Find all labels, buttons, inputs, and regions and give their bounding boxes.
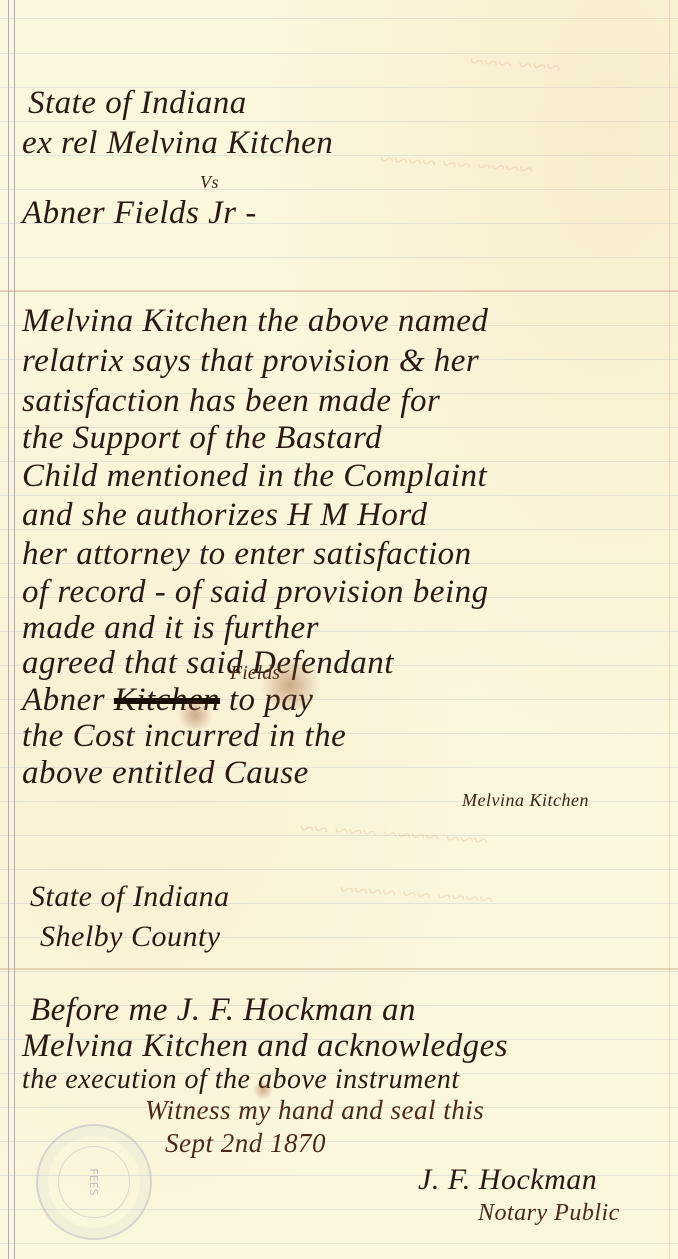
document-page: ~~~ ~~~ ~~~~ ~~ ~~~~ ~~~ ~~~~ ~~~ ~~ ~~~… [0,0,678,1259]
page-edge [669,0,670,1259]
notary-signature: J. F. Hockman [418,1163,597,1197]
relatrix-signature: Melvina Kitchen [462,790,589,811]
body-line: above entitled Cause [22,755,309,792]
body-line: and she authorizes H M Hord [22,497,428,534]
bleed-through-text: ~~~~ ~~ ~~~~ [339,875,494,916]
seal-text: FEES [58,1146,130,1218]
fold-line [0,290,678,292]
ack-line: the execution of the above instrument [22,1064,460,1096]
body-line: made and it is further [22,610,319,647]
body-line: satisfaction has been made for [22,383,440,420]
body-line: the Support of the Bastard [22,420,382,457]
body-line: of record - of said provision being [22,574,489,611]
fold-line [0,968,678,970]
caption-relator: ex rel Melvina Kitchen [22,125,333,162]
caption-state: State of Indiana [28,85,247,122]
notary-seal: FEES [36,1124,152,1240]
body-line: her attorney to enter satisfaction [22,536,472,573]
ack-date: Sept 2nd 1870 [165,1128,326,1159]
bleed-through-text: ~~~~ ~~ ~~~~ [379,145,534,186]
caption-versus: Vs [200,172,219,193]
notary-title: Notary Public [478,1200,620,1227]
venue-state: State of Indiana [30,880,230,914]
body-line: relatrix says that provision & her [22,343,479,380]
ack-witness: Witness my hand and seal this [145,1095,484,1126]
ack-line: Melvina Kitchen and acknowledges [22,1028,508,1065]
ack-line: Before me J. F. Hockman an [30,992,416,1029]
body-line: Child mentioned in the Complaint [22,458,487,495]
ink-stain [255,660,325,710]
bleed-through-text: ~~~ ~~~ [469,47,562,83]
venue-county: Shelby County [40,920,221,954]
bleed-through-text: ~~~ ~~~~ ~~~ ~~ [299,813,489,856]
caption-defendant: Abner Fields Jr - [22,195,257,232]
body-line: the Cost incurred in the [22,718,346,755]
body-line: Melvina Kitchen the above named [22,303,488,340]
margin-rule [8,0,15,1259]
body-line: agreed that said Defendant [22,645,394,682]
ink-stain [253,1080,273,1100]
defendant-first-name: Abner [22,682,105,718]
